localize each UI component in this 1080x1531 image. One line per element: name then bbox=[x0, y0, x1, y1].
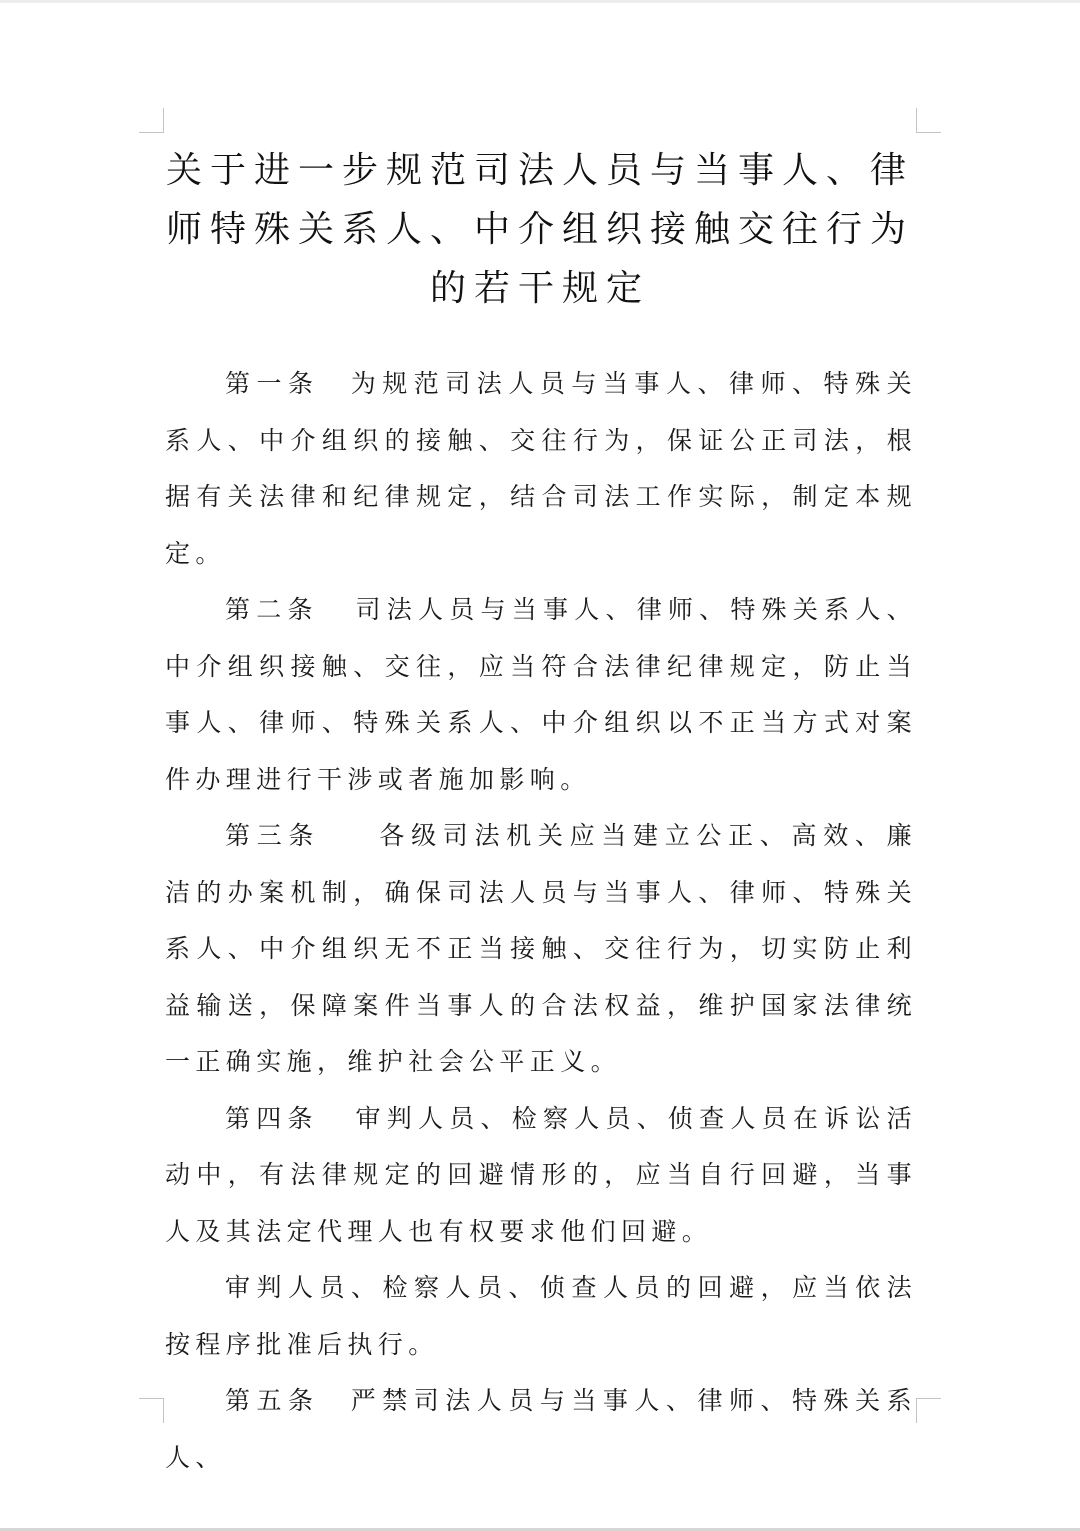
article-2: 第二条司法人员与当事人、律师、特殊关系人、中介组织接触、交往，应当符合法律纪律规… bbox=[165, 582, 917, 808]
article-text: 司法人员与当事人、律师、特殊关系人、中介组织接触、交往，应当符合法律纪律规定，防… bbox=[165, 595, 917, 794]
article-text: 为规范司法人员与当事人、律师、特殊关系人、中介组织的接触、交往行为，保证公正司法… bbox=[165, 369, 917, 568]
article-1: 第一条为规范司法人员与当事人、律师、特殊关系人、中介组织的接触、交往行为，保证公… bbox=[165, 356, 917, 582]
article-4-continuation: 审判人员、检察人员、侦查人员的回避，应当依法按程序批准后执行。 bbox=[165, 1260, 917, 1373]
document-page: 关于进一步规范司法人员与当事人、律师特殊关系人、中介组织接触交往行为的若干规定 … bbox=[0, 3, 1080, 1528]
article-text: 审判人员、检察人员、侦查人员的回避，应当依法按程序批准后执行。 bbox=[165, 1273, 917, 1359]
article-number: 第二条 bbox=[225, 595, 319, 624]
crop-mark-top-left bbox=[139, 108, 164, 133]
article-number: 第五条 bbox=[225, 1386, 320, 1415]
article-3: 第三条各级司法机关应当建立公正、高效、廉洁的办案机制，确保司法人员与当事人、律师… bbox=[165, 808, 917, 1091]
article-5: 第五条严禁司法人员与当事人、律师、特殊关系人、 bbox=[165, 1373, 917, 1486]
crop-mark-top-right bbox=[916, 108, 941, 133]
article-4: 第四条审判人员、检察人员、侦查人员在诉讼活动中，有法律规定的回避情形的，应当自行… bbox=[165, 1091, 917, 1261]
article-number: 第四条 bbox=[225, 1104, 319, 1133]
article-number: 第三条 bbox=[225, 821, 320, 850]
crop-mark-bottom-right bbox=[916, 1398, 941, 1423]
crop-mark-bottom-left bbox=[139, 1398, 164, 1423]
article-number: 第一条 bbox=[225, 369, 320, 398]
article-text: 各级司法机关应当建立公正、高效、廉洁的办案机制，确保司法人员与当事人、律师、特殊… bbox=[165, 821, 917, 1076]
document-title: 关于进一步规范司法人员与当事人、律师特殊关系人、中介组织接触交往行为的若干规定 bbox=[160, 141, 920, 318]
document-body: 第一条为规范司法人员与当事人、律师、特殊关系人、中介组织的接触、交往行为，保证公… bbox=[165, 356, 917, 1486]
